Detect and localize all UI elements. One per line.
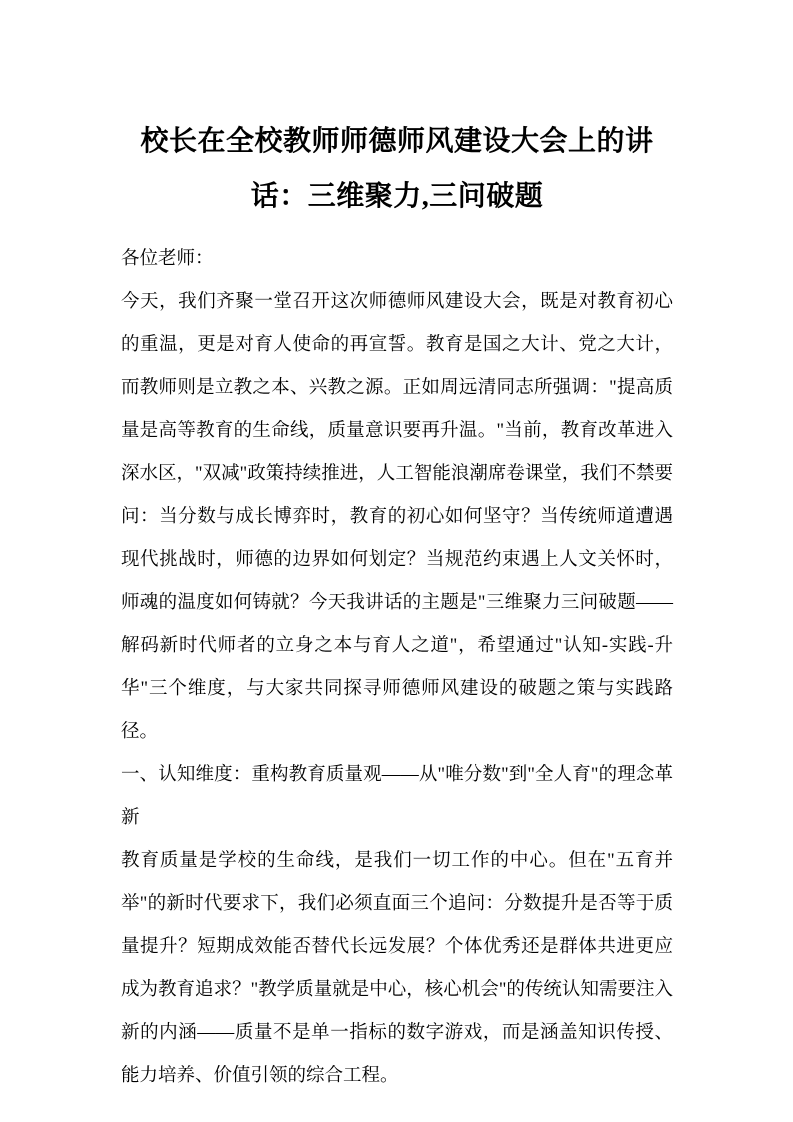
salutation-line: 各位老师： xyxy=(121,238,673,281)
paragraph-section-1-body: 教育质量是学校的生命线，是我们一切工作的中心。但在"五育并举"的新时代要求下，我… xyxy=(121,840,673,1098)
section-heading-1: 一、认知维度：重构教育质量观——从"唯分数"到"全人育"的理念革新 xyxy=(121,754,673,840)
document-page: 校长在全校教师师德师风建设大会上的讲话：三维聚力,三问破题 各位老师： 今天，我… xyxy=(0,0,793,1122)
document-title: 校长在全校教师师德师风建设大会上的讲话：三维聚力,三问破题 xyxy=(121,114,673,224)
paragraph-introduction: 今天，我们齐聚一堂召开这次师德师风建设大会，既是对教育初心的重温，更是对育人使命… xyxy=(121,281,673,754)
